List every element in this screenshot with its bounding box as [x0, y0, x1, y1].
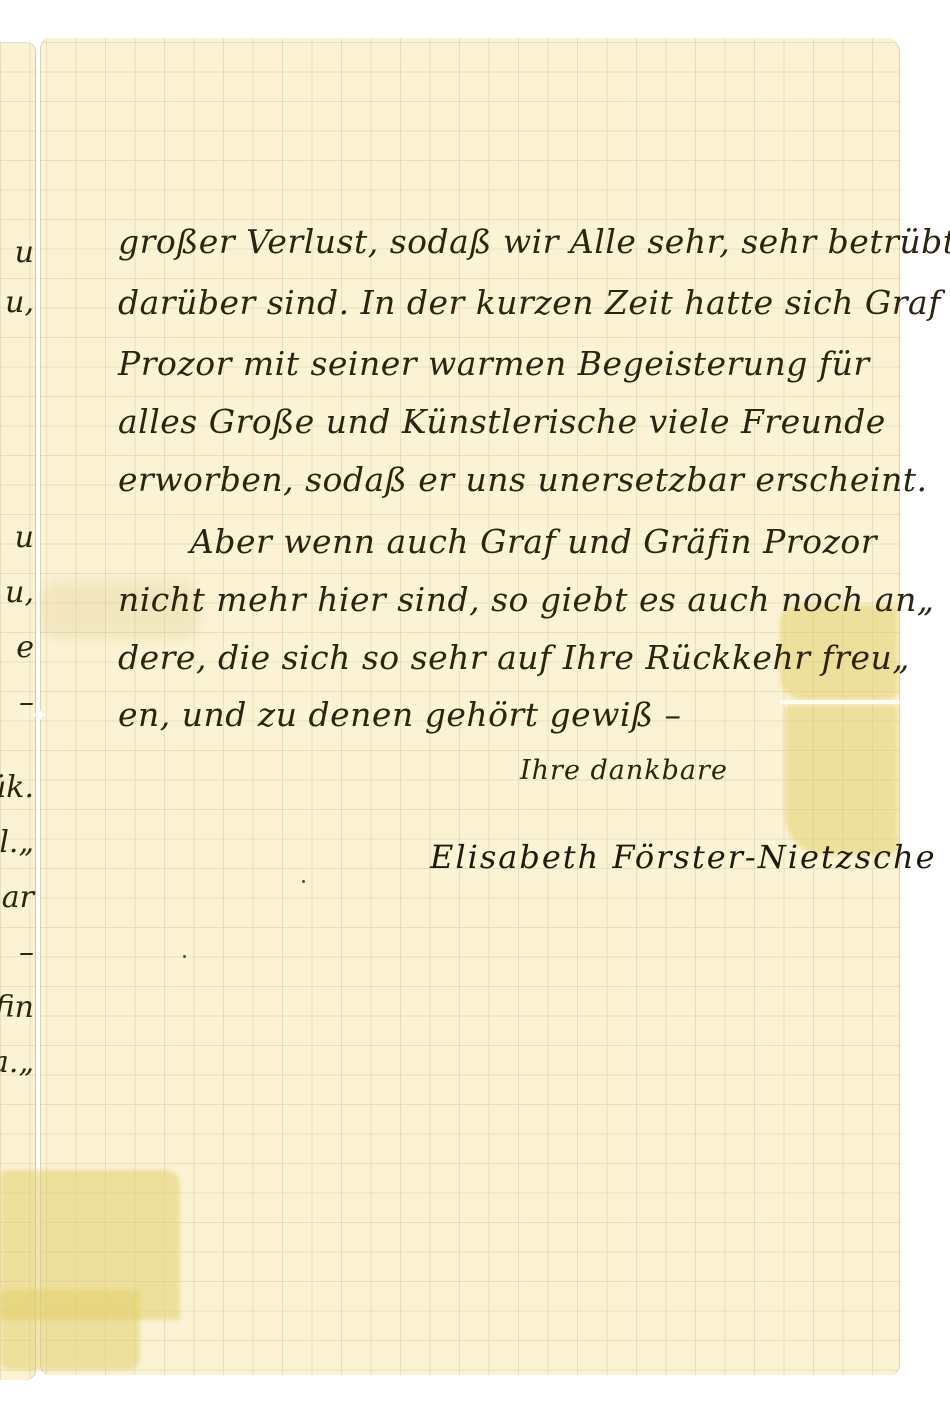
letter-line-5: erworben, sodaß er uns unersetzbar ersch…	[118, 460, 928, 499]
fragment-text: e	[0, 630, 34, 665]
letter-line-7: nicht mehr hier sind, so giebt es auch n…	[118, 580, 934, 619]
letter-line-1: großer Verlust, sodaß wir Alle sehr, seh…	[118, 222, 950, 261]
letter-closing: Ihre dankbare	[520, 755, 728, 786]
fragment-text: ra.„	[0, 1045, 34, 1080]
fragment-text: –	[0, 685, 34, 720]
fragment-text: ük.	[0, 770, 34, 805]
yellow-stain	[0, 1290, 140, 1370]
paper-fold-crease	[780, 700, 900, 704]
letter-line-9: en, und zu denen gehört gewiß –	[118, 695, 681, 734]
fragment-text: u	[0, 235, 34, 270]
fragment-text: l.„	[0, 825, 34, 860]
fragment-text: –	[0, 935, 34, 970]
letter-line-4: alles Große und Künstlerische viele Freu…	[118, 402, 886, 441]
fragment-text: fin	[0, 990, 34, 1025]
fragment-text: uar	[0, 880, 34, 915]
ink-speck	[183, 955, 186, 958]
letter-line-6: Aber wenn auch Graf und Gräfin Prozor	[190, 522, 877, 561]
fragment-text: u	[0, 520, 34, 555]
fragment-text: u,	[0, 575, 34, 610]
letter-signature: Elisabeth Förster-Nietzsche	[430, 838, 937, 876]
yellow-stain	[785, 705, 898, 855]
letter-line-3: Prozor mit seiner warmen Begeisterung fü…	[118, 344, 870, 383]
letter-line-8: dere, die sich so sehr auf Ihre Rückkehr…	[118, 638, 910, 677]
ink-speck	[302, 880, 305, 883]
letter-line-2: darüber sind. In der kurzen Zeit hatte s…	[118, 283, 941, 322]
fragment-text: u,	[0, 285, 34, 320]
